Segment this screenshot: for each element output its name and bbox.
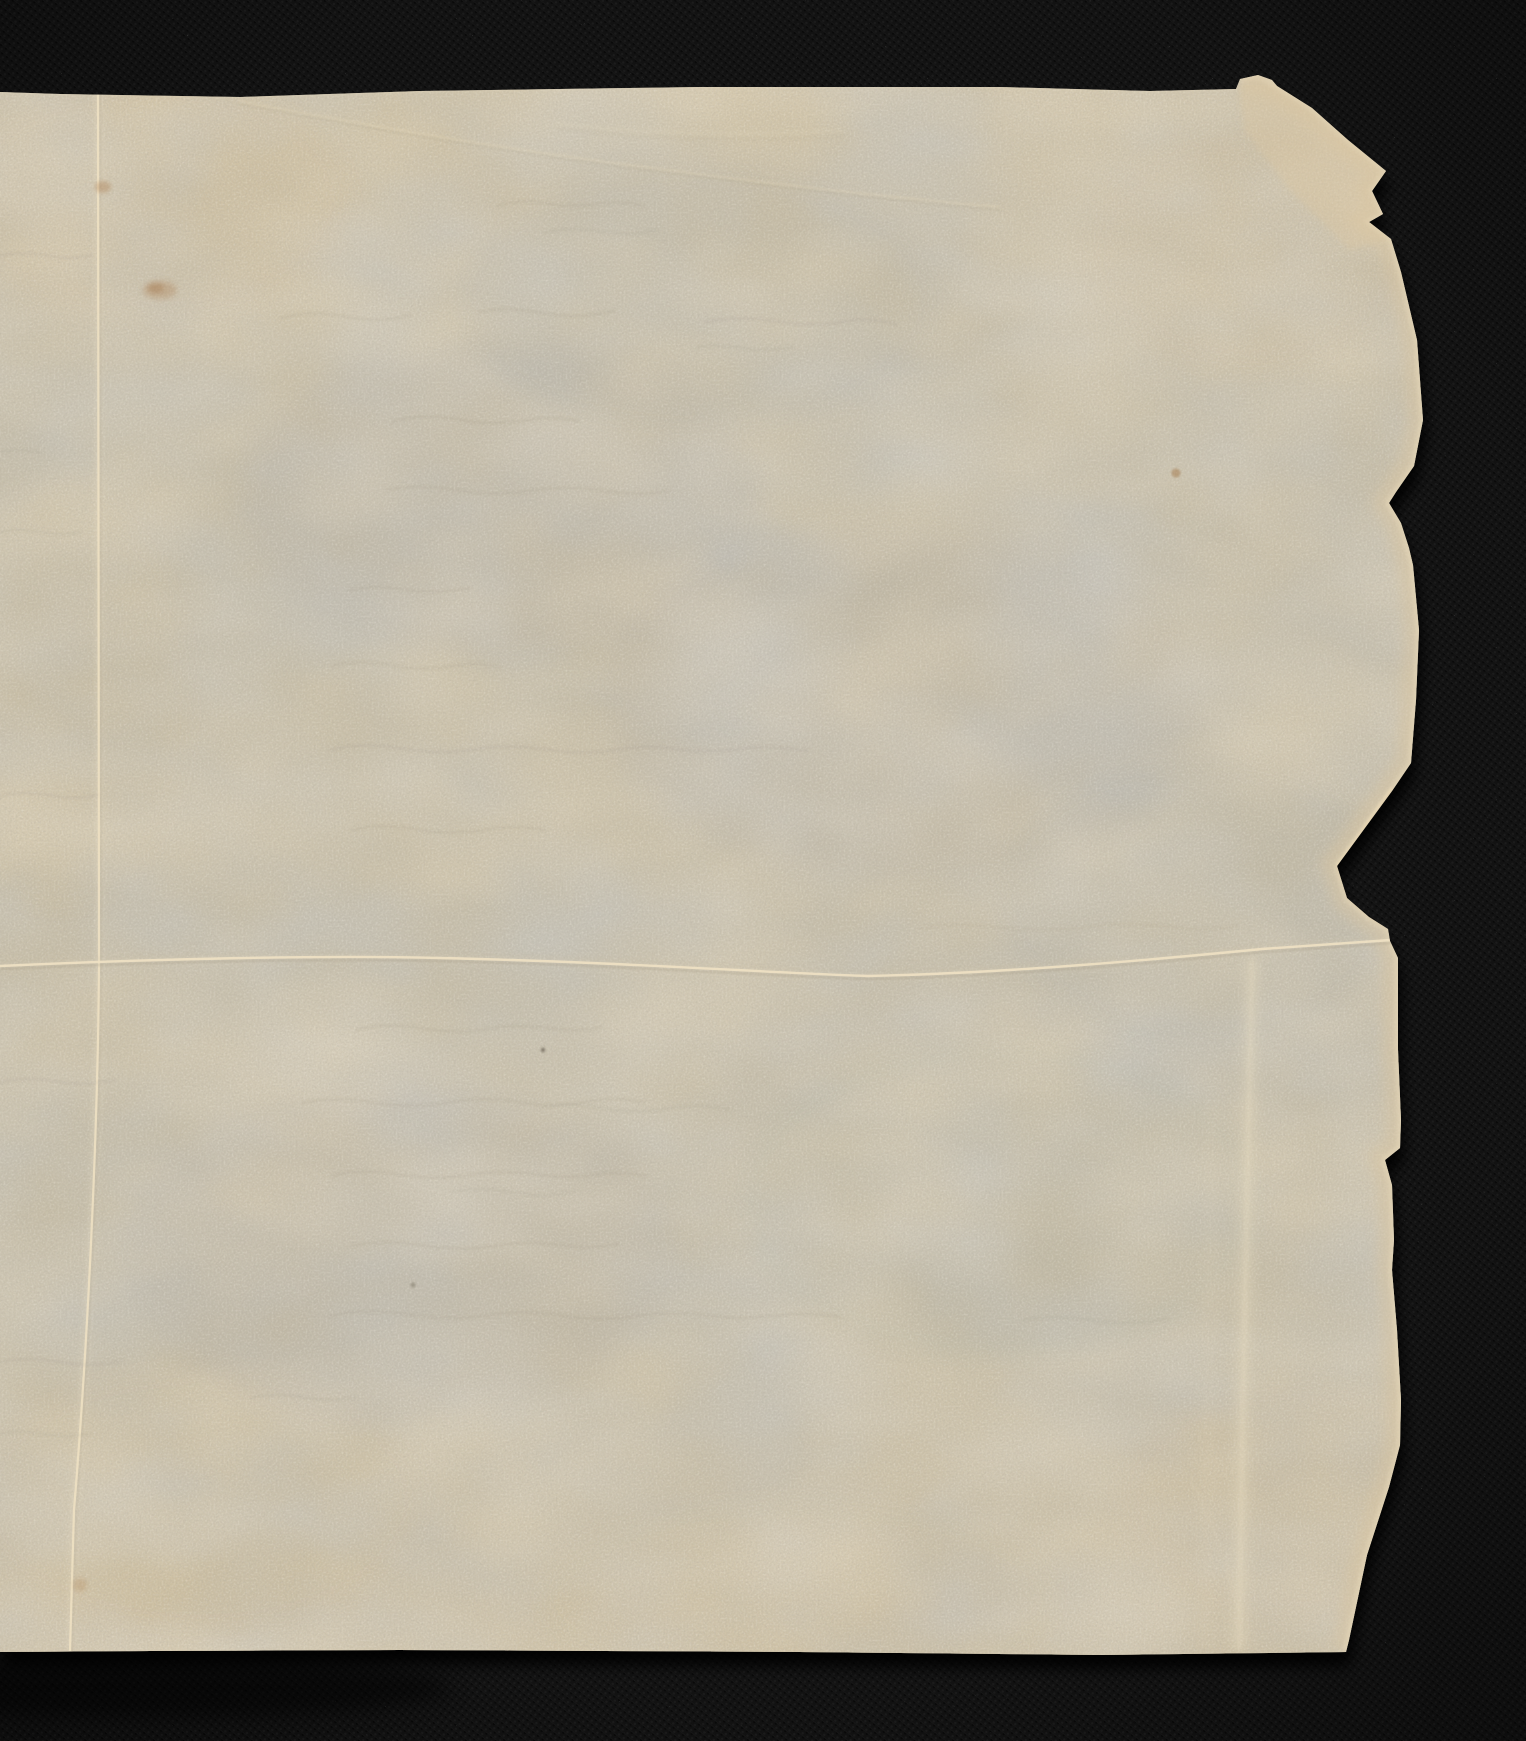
foxing-stain [73,1578,87,1592]
foxing-stain [1172,469,1181,478]
ink-speck [541,1048,545,1052]
foxing-stain [95,181,111,193]
document-scan [0,0,1526,1741]
paper-sheet [0,75,1480,1700]
ink-speck [411,1283,416,1288]
foxing-stain [148,283,164,293]
